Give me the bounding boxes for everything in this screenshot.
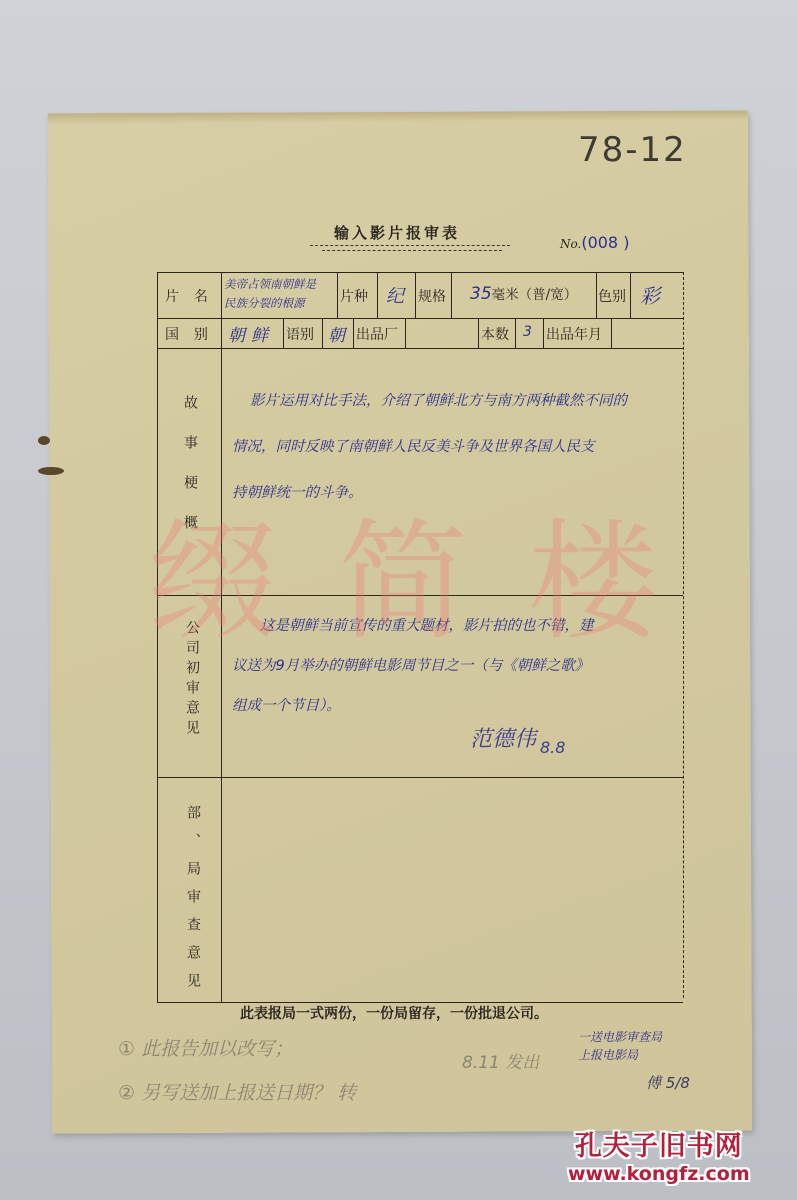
- cell-divider: [478, 318, 479, 348]
- reviewer-signature: 范德伟: [470, 722, 536, 753]
- cell-divider: [283, 318, 284, 348]
- row-divider: [157, 318, 683, 319]
- opinion-line: 组成一个节目）。: [232, 686, 677, 726]
- row-divider: [157, 348, 683, 349]
- sent-date-note: 8.11 发出: [462, 1048, 539, 1073]
- reviewer-signature-date: 8.8: [540, 738, 565, 757]
- right-note-line1: 一送电影审查局: [578, 1028, 662, 1046]
- ministry-opinion-content: [232, 790, 677, 990]
- cell-divider: [515, 318, 516, 348]
- cell-divider: [451, 272, 452, 318]
- pencil-note-1: ① 此报告加以改写；: [118, 1034, 293, 1061]
- film-type-label: 片种: [340, 286, 368, 306]
- form-number: No.(008 ): [560, 233, 629, 252]
- watermark: 缀简楼: [148, 478, 718, 665]
- site-logo: 孔夫子旧书网 www.kongfz.com: [568, 1124, 750, 1185]
- film-name-label: 片 名: [165, 286, 210, 306]
- spec-value-hand: 35: [470, 284, 492, 304]
- studio-label: 出品厂: [356, 324, 398, 344]
- color-label: 色别: [598, 286, 626, 306]
- table-border-top: [157, 272, 683, 273]
- pencil-note-2: ② 另写送加上报送日期？ 转: [118, 1078, 356, 1105]
- film-name-line2: 民族分裂的根源: [224, 294, 338, 313]
- spec-label: 规格: [418, 286, 446, 306]
- cell-divider: [596, 272, 597, 318]
- cell-divider: [405, 318, 406, 348]
- cell-divider: [611, 318, 612, 348]
- cell-divider: [377, 272, 378, 318]
- cell-divider: [353, 318, 354, 348]
- spec-value-print: 毫米（普/宽）: [492, 287, 578, 303]
- title-underline: [310, 245, 510, 246]
- film-type-value: 纪: [386, 282, 404, 308]
- form-title: 输入影片报审表: [334, 222, 460, 243]
- spec-value: 35毫米（普/宽）: [470, 283, 577, 304]
- film-name-value: 美帝占领南朝鲜是 民族分裂的根源: [224, 275, 338, 313]
- film-name-line1: 美帝占领南朝鲜是: [224, 275, 338, 294]
- row-divider: [157, 777, 683, 778]
- site-logo-name: 孔夫子旧书网: [568, 1124, 750, 1163]
- reels-label: 本数: [481, 324, 509, 344]
- country-label: 国 别: [165, 324, 210, 344]
- reels-value: 3: [523, 324, 532, 340]
- language-label: 语别: [286, 324, 314, 344]
- right-note: 一送电影审查局 上报电影局: [578, 1028, 662, 1064]
- ministry-opinion-label: 部、局审查意见: [183, 805, 203, 1001]
- cell-divider: [322, 318, 323, 348]
- language-value: 朝: [328, 321, 345, 346]
- site-logo-url: www.kongfz.com: [568, 1163, 750, 1185]
- number-prefix: No.: [560, 237, 581, 251]
- footer-note: 此表报局一式两份，一份局留存，一份批退公司。: [240, 1003, 548, 1023]
- country-value: 朝鲜: [228, 321, 274, 346]
- year-label: 出品年月: [546, 324, 602, 344]
- file-code: 78-12: [578, 130, 687, 170]
- cell-divider: [543, 318, 544, 348]
- cell-divider: [630, 272, 631, 318]
- right-note-line2: 上报电影局: [578, 1046, 662, 1064]
- title-underline: [322, 250, 502, 251]
- paper-fold: [48, 110, 748, 123]
- right-signature: 傅 5/8: [646, 1072, 690, 1093]
- cell-divider: [415, 272, 416, 318]
- paper-stain: [38, 467, 64, 475]
- color-value: 彩: [640, 280, 660, 309]
- number-value: (008 ): [581, 233, 629, 252]
- story-line: 情况，同时反映了南朝鲜人民反美斗争及世界各国人民支: [232, 424, 677, 470]
- story-line: 影片运用对比手法，介绍了朝鲜北方与南方两种截然不同的: [232, 378, 677, 424]
- paper-stain: [38, 436, 50, 445]
